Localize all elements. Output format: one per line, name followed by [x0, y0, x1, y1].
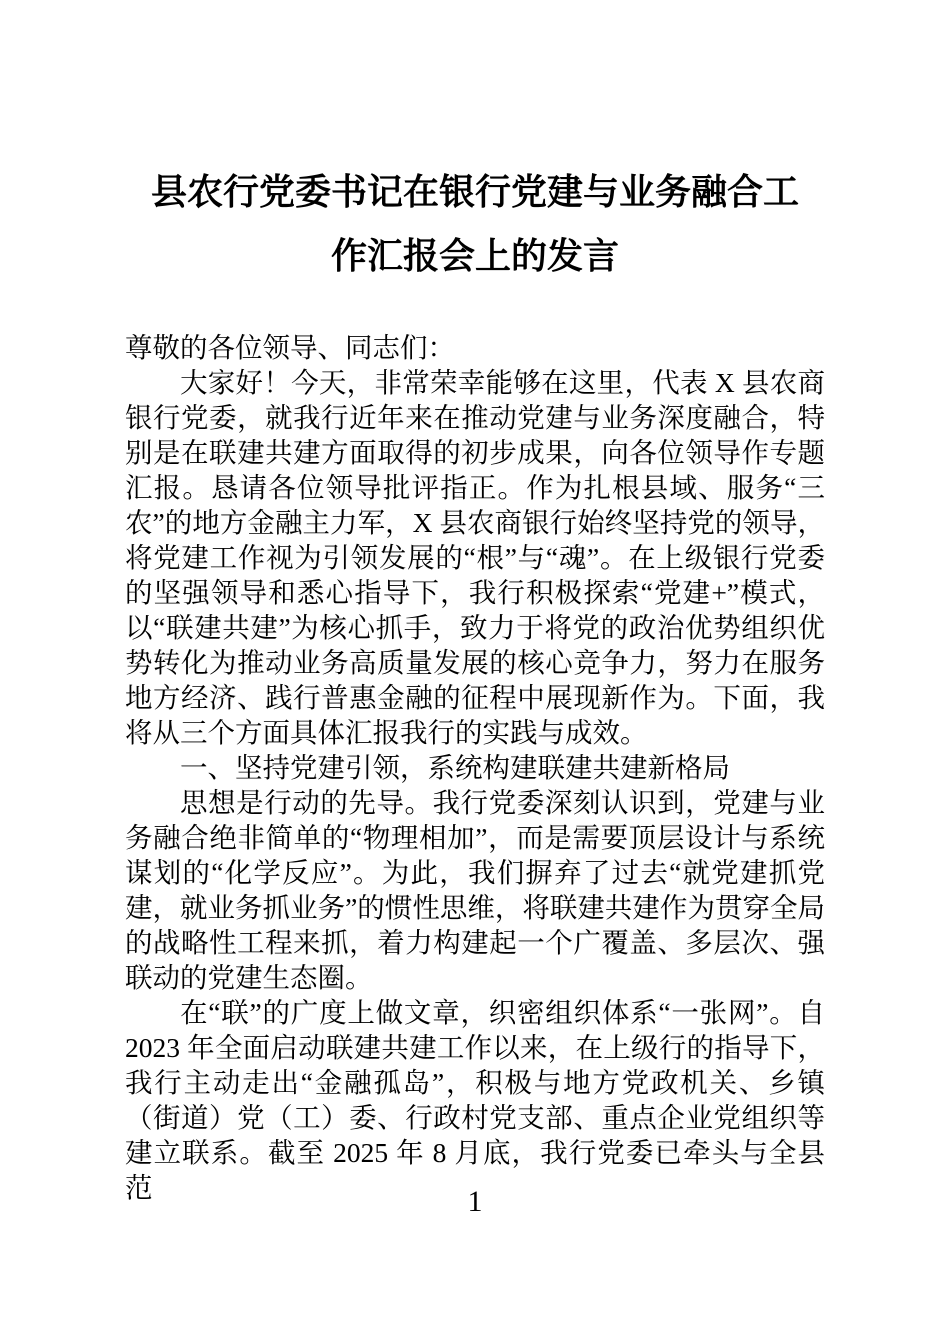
- document-page: 县农行党委书记在银行党建与业务融合工作汇报会上的发言 尊敬的各位领导、同志们： …: [0, 0, 950, 1344]
- paragraph-opening: 大家好！今天，非常荣幸能够在这里，代表 X 县农商银行党委，就我行近年来在推动党…: [125, 365, 825, 750]
- salutation-line: 尊敬的各位领导、同志们：: [125, 330, 825, 365]
- document-body: 尊敬的各位领导、同志们： 大家好！今天，非常荣幸能够在这里，代表 X 县农商银行…: [125, 330, 825, 1205]
- page-number: 1: [0, 1184, 950, 1219]
- section-heading-1: 一、坚持党建引领，系统构建联建共建新格局: [125, 750, 825, 785]
- paragraph-section1-intro: 思想是行动的先导。我行党委深刻认识到，党建与业务融合绝非简单的“物理相加”，而是…: [125, 785, 825, 995]
- document-title: 县农行党委书记在银行党建与业务融合工作汇报会上的发言: [139, 0, 811, 288]
- paragraph-section1-body: 在“联”的广度上做文章，织密组织体系“一张网”。自 2023 年全面启动联建共建…: [125, 995, 825, 1205]
